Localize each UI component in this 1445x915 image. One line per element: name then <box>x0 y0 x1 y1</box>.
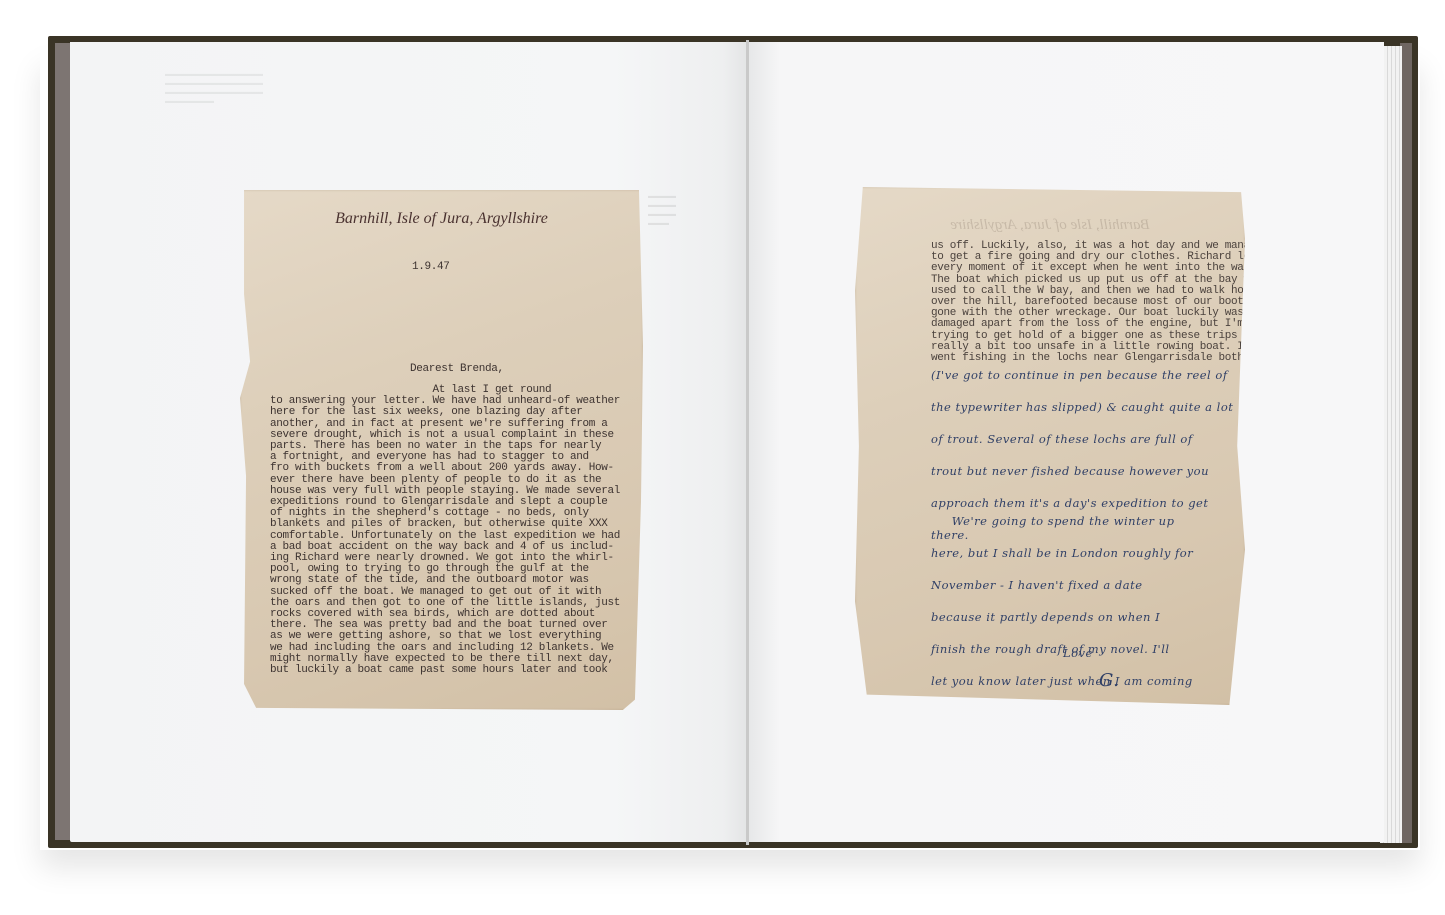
letter-date: 1.9.47 <box>412 262 450 273</box>
letterhead: Barnhill, Isle of Jura, Argyllshire <box>240 210 643 228</box>
book-gutter <box>746 40 749 845</box>
letterhead-show-through: Barnhill, Isle of Jura, Argyllshire <box>855 217 1245 234</box>
letter-signature: G. <box>1099 665 1119 697</box>
letter-salutation: Dearest Brenda, <box>410 364 504 375</box>
handwritten-paragraph-2: We're going to spend the winter up here,… <box>931 505 1193 729</box>
bleed-through-text: ▬▬▬▬▬▬▬▬▬▬▬▬▬▬▬▬▬▬▬▬▬▬▬▬▬▬▬▬▬▬▬▬▬▬▬▬▬▬▬▬… <box>165 70 455 106</box>
bleed-through-text: ▬▬▬▬▬▬▬▬▬▬▬▬▬▬▬ <box>648 192 728 228</box>
letter-typed-continuation: us off. Luckily, also, it was a hot day … <box>931 241 1281 364</box>
letter-body: At last I get round to answering your le… <box>270 385 620 676</box>
letter-page-2: Barnhill, Isle of Jura, Argyllshire us o… <box>855 187 1245 705</box>
letter-closing: Love <box>1063 637 1093 669</box>
letter-page-1: Barnhill, Isle of Jura, Argyllshire 1.9.… <box>240 190 643 710</box>
